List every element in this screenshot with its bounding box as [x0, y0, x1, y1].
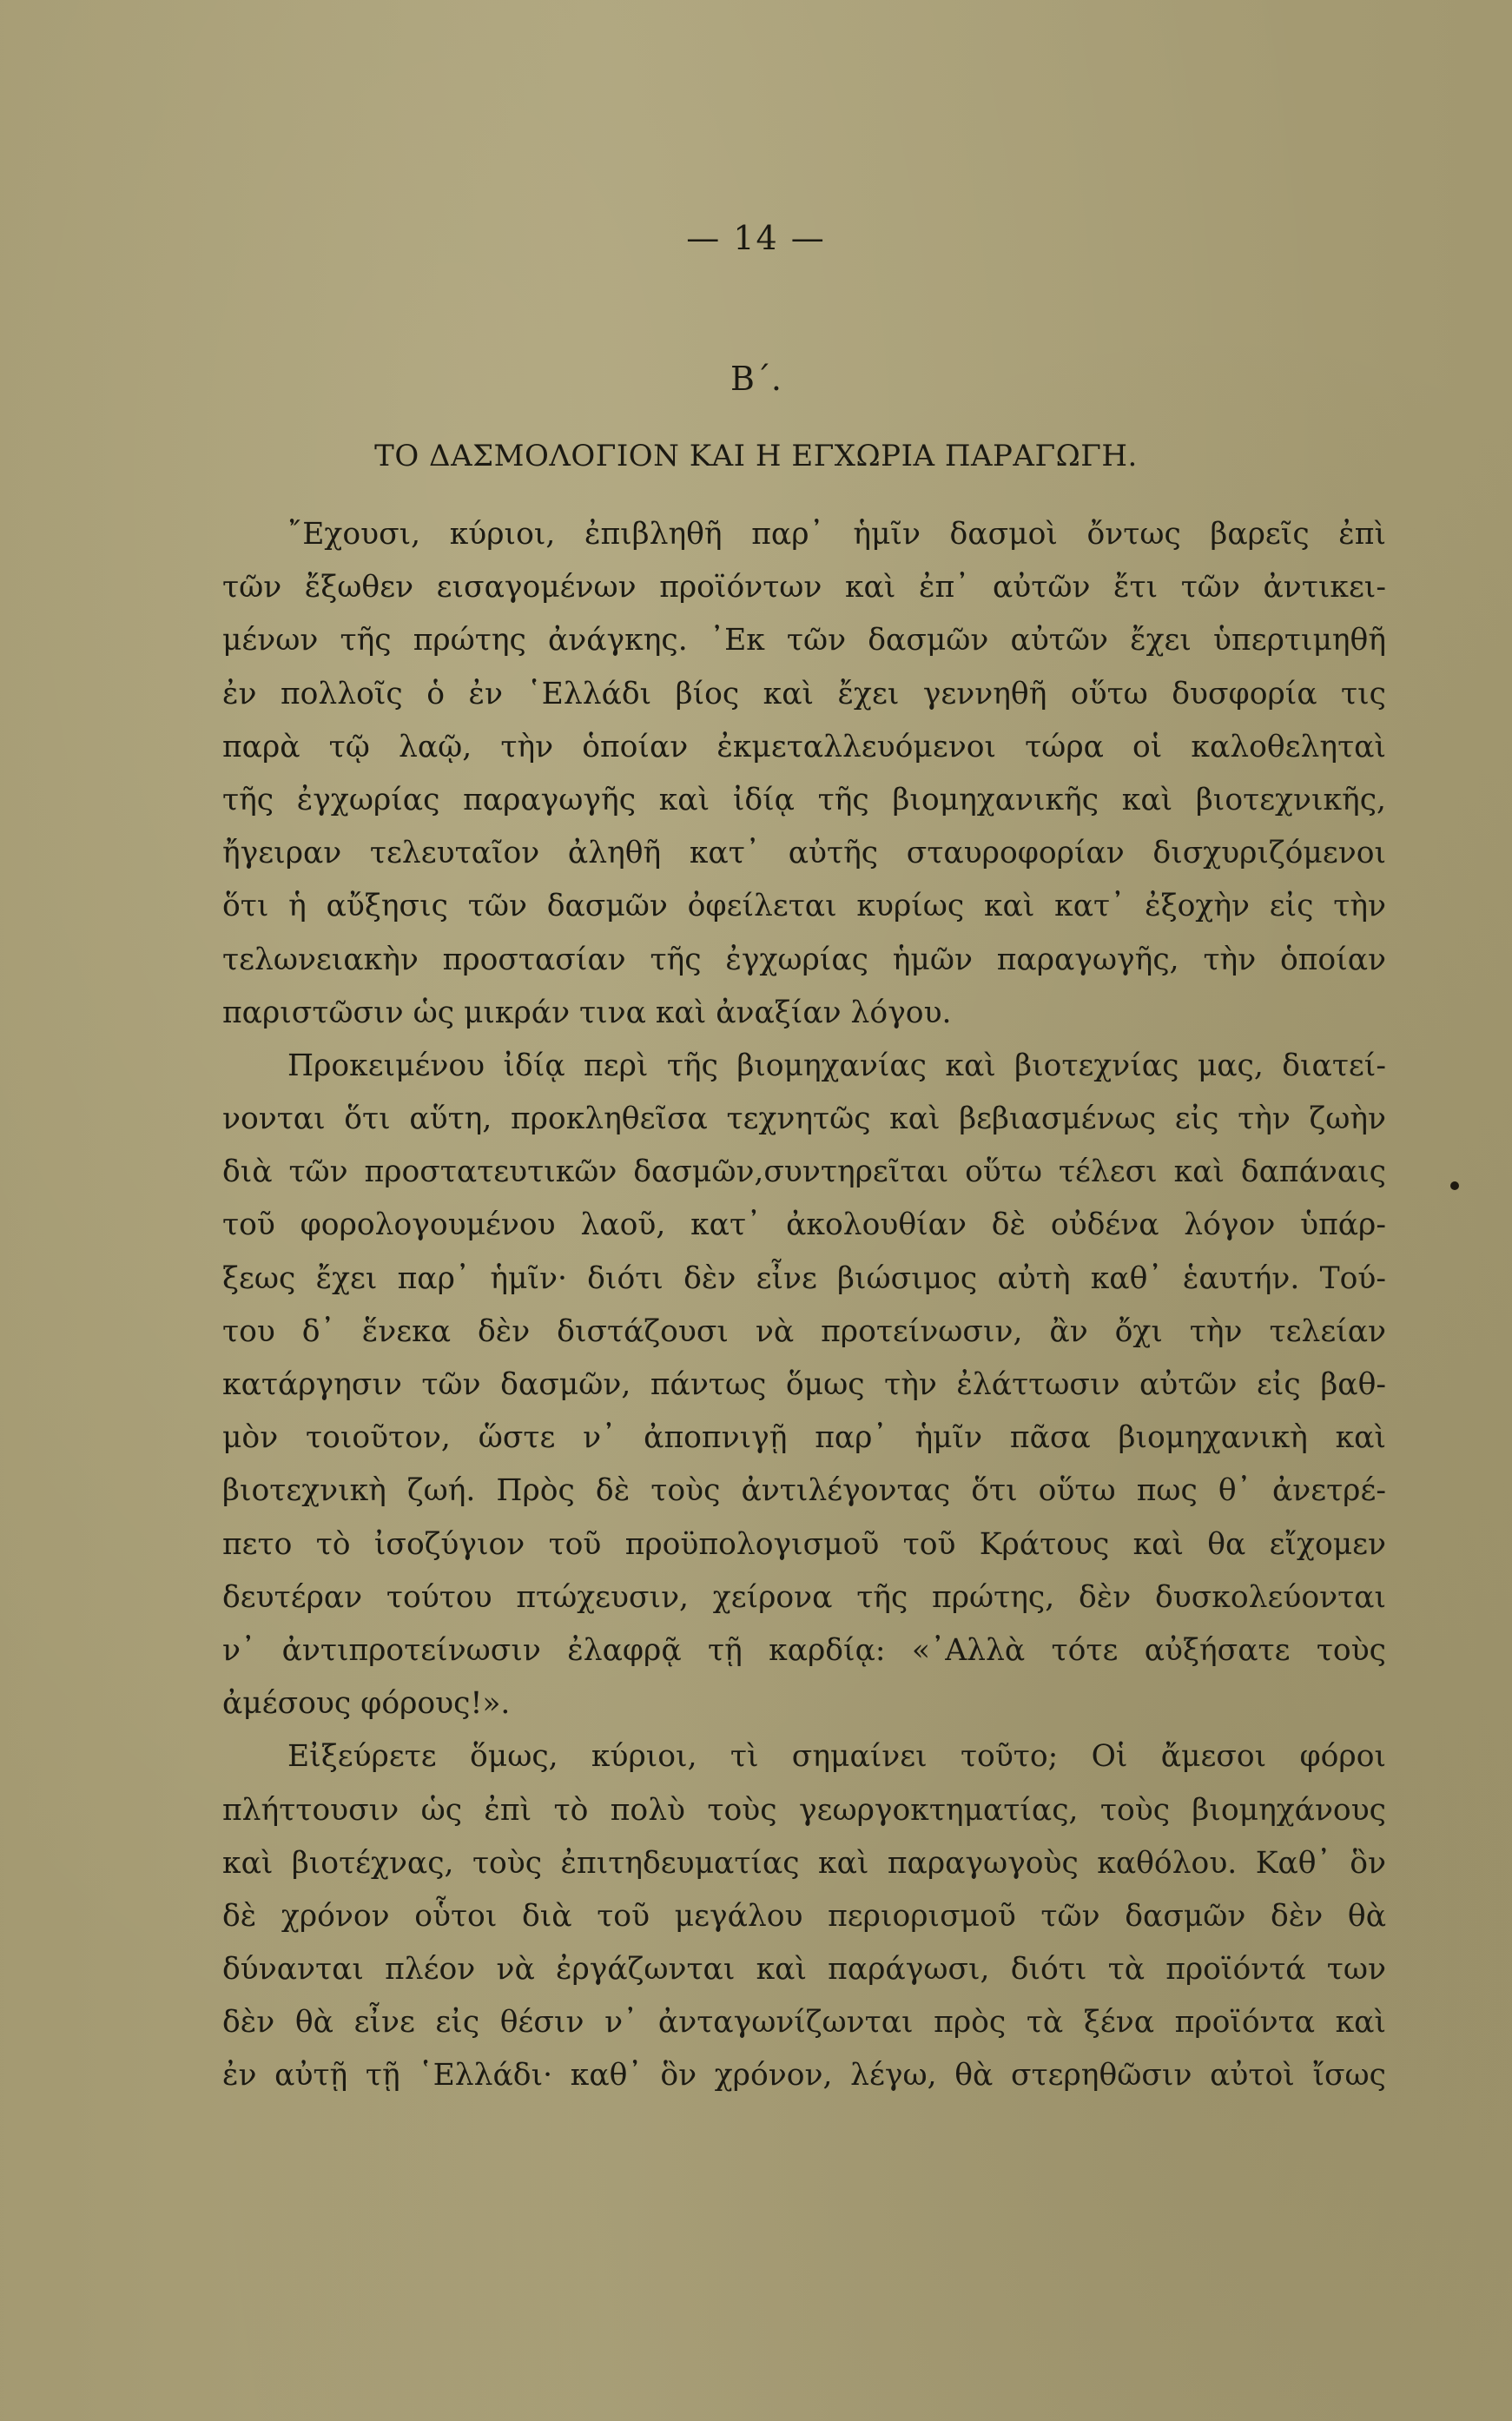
- text-line: κατάργησιν τῶν δασμῶν, πάντως ὅμως τὴν ἐ…: [222, 1359, 1386, 1412]
- text-line: διὰ τῶν προστατευτικῶν δασμῶν,συντηρεῖτα…: [222, 1146, 1386, 1199]
- text-line: ῎Εχουσι, κύριοι, ἐπιβληθῆ παρ᾽ ἡμῖν δασμ…: [222, 508, 1386, 561]
- text-line: μένων τῆς πρώτης ἀνάγκης. ᾿Εκ τῶν δασμῶν…: [222, 614, 1386, 667]
- page-number: — 14 —: [0, 219, 1512, 257]
- text-line: πλήττουσιν ὡς ἐπὶ τὸ πολὺ τοὺς γεωργοκτη…: [222, 1784, 1386, 1837]
- text-line: τῆς ἐγχωρίας παραγωγῆς καὶ ἰδίᾳ τῆς βιομ…: [222, 774, 1386, 827]
- text-line: παριστῶσιν ὡς μικράν τινα καὶ ἀναξίαν λό…: [222, 987, 1386, 1040]
- section-title: ΤΟ ΔΑΣΜΟΛΟΓΙΟΝ ΚΑΙ Η ΕΓΧΩΡΙΑ ΠΑΡΑΓΩΓΗ.: [0, 439, 1512, 473]
- text-line: ξεως ἔχει παρ᾽ ἡμῖν· διότι δὲν εἶνε βιώσ…: [222, 1253, 1386, 1306]
- text-line: καὶ βιοτέχνας, τοὺς ἐπιτηδευματίας καὶ π…: [222, 1837, 1386, 1890]
- section-mark: Β΄.: [0, 360, 1512, 398]
- text-line: ἐν πολλοῖς ὁ ἐν ῾Ελλάδι βίος καὶ ἔχει γε…: [222, 668, 1386, 721]
- text-line: δὲ χρόνον οὗτοι διὰ τοῦ μεγάλου περιορισ…: [222, 1890, 1386, 1943]
- text-line: μὸν τοιοῦτον, ὥστε ν᾽ ἀποπνιγῇ παρ᾽ ἡμῖν…: [222, 1412, 1386, 1465]
- text-line: τελωνειακὴν προστασίαν τῆς ἐγχωρίας ἡμῶν…: [222, 934, 1386, 987]
- text-line: νονται ὅτι αὕτη, προκληθεῖσα τεχνητῶς κα…: [222, 1093, 1386, 1146]
- text-line: ἐν αὐτῇ τῇ ῾Ελλάδι· καθ᾽ ὃν χρόνον, λέγω…: [222, 2049, 1386, 2102]
- ink-speck: [1450, 1181, 1459, 1190]
- text-line: Εἰξεύρετε ὅμως, κύριοι, τὶ σημαίνει τοῦτ…: [222, 1730, 1386, 1783]
- text-line: δευτέραν τούτου πτώχευσιν, χείρονα τῆς π…: [222, 1571, 1386, 1624]
- text-line: παρὰ τῷ λαῷ, τὴν ὁποίαν ἐκμεταλλευόμενοι…: [222, 721, 1386, 774]
- text-line: του δ᾽ ἕνεκα δὲν διστάζουσι νὰ προτείνωσ…: [222, 1306, 1386, 1359]
- body-text: ῎Εχουσι, κύριοι, ἐπιβληθῆ παρ᾽ ἡμῖν δασμ…: [222, 508, 1386, 2103]
- text-line: δύνανται πλέον νὰ ἐργάζωνται καὶ παράγωσ…: [222, 1943, 1386, 1996]
- text-line: ὅτι ἡ αὔξησις τῶν δασμῶν ὀφείλεται κυρίω…: [222, 880, 1386, 933]
- text-line: ν᾽ ἀντιπροτείνωσιν ἐλαφρᾷ τῇ καρδίᾳ: «᾿Α…: [222, 1624, 1386, 1677]
- text-line: βιοτεχνικὴ ζωή. Πρὸς δὲ τοὺς ἀντιλέγοντα…: [222, 1465, 1386, 1518]
- text-line: τῶν ἔξωθεν εισαγομένων προϊόντων καὶ ἐπ᾽…: [222, 561, 1386, 614]
- text-line: ἤγειραν τελευταῖον ἀληθῆ κατ᾽ αὐτῆς σταυ…: [222, 827, 1386, 880]
- text-line: δὲν θὰ εἶνε εἰς θέσιν ν᾽ ἀνταγωνίζωνται …: [222, 1996, 1386, 2049]
- text-line: ἀμέσους φόρους!».: [222, 1677, 1386, 1730]
- text-line: πετο τὸ ἰσοζύγιον τοῦ προϋπολογισμοῦ τοῦ…: [222, 1518, 1386, 1571]
- text-line: Προκειμένου ἰδίᾳ περὶ τῆς βιομηχανίας κα…: [222, 1040, 1386, 1093]
- text-line: τοῦ φορολογουμένου λαοῦ, κατ᾽ ἀκολουθίαν…: [222, 1199, 1386, 1252]
